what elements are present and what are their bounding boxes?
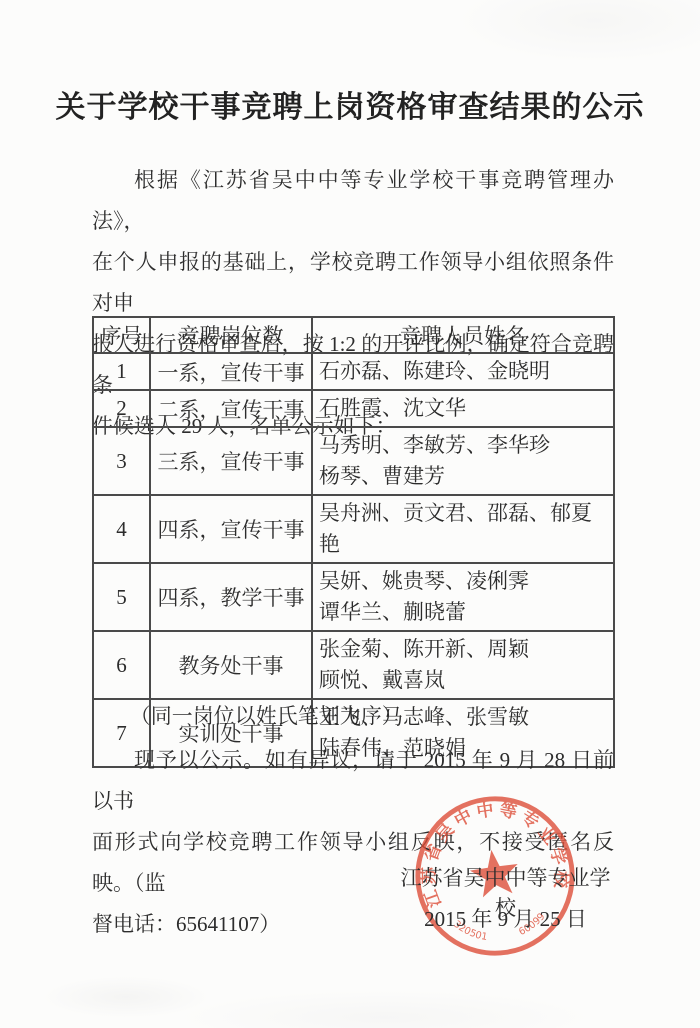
sort-note: （同一岗位以姓氏笔划为序）	[92, 700, 614, 730]
table-row: 1 一系，宣传干事 石亦磊、陈建玲、金晓明	[93, 353, 614, 390]
row-names: 石亦磊、陈建玲、金晓明	[312, 353, 614, 390]
table-row: 5 四系，教学干事 吴妍、姚贵琴、凌俐霁 谭华兰、蒯晓蕾	[93, 563, 614, 631]
row-no: 6	[93, 631, 150, 699]
row-names: 马秀明、李敏芳、李华珍 杨琴、曹建芳	[312, 427, 614, 495]
row-no: 3	[93, 427, 150, 495]
table-row: 4 四系，宣传干事 吴舟洲、贡文君、邵磊、郁夏艳	[93, 495, 614, 563]
signature-date: 2015 年 9 月 25 日	[393, 903, 618, 933]
document-page: 关于学校干事竞聘上岗资格审查结果的公示 根据《江苏省吴中中等专业学校干事竞聘管理…	[0, 0, 700, 1028]
row-no: 2	[93, 390, 150, 427]
header-cell-names: 竞聘人员姓名	[312, 317, 614, 353]
header-cell-post: 竞聘岗位数	[150, 317, 312, 353]
row-no: 1	[93, 353, 150, 390]
row-post: 四系，教学干事	[150, 563, 312, 631]
table-row: 3 三系，宣传干事 马秀明、李敏芳、李华珍 杨琴、曹建芳	[93, 427, 614, 495]
row-no: 4	[93, 495, 150, 563]
row-names: 吴妍、姚贵琴、凌俐霁 谭华兰、蒯晓蕾	[312, 563, 614, 631]
row-names: 张金菊、陈开新、周颖 顾悦、戴喜岚	[312, 631, 614, 699]
table-row: 2 二系，宣传干事 石胜霞、沈文华	[93, 390, 614, 427]
row-post: 四系，宣传干事	[150, 495, 312, 563]
row-post: 二系，宣传干事	[150, 390, 312, 427]
row-no: 5	[93, 563, 150, 631]
row-names: 吴舟洲、贡文君、邵磊、郁夏艳	[312, 495, 614, 563]
table-header-row: 序号 竞聘岗位数 竞聘人员姓名	[93, 317, 614, 353]
row-post: 一系，宣传干事	[150, 353, 312, 390]
page-title: 关于学校干事竞聘上岗资格审查结果的公示	[0, 82, 700, 126]
row-post: 教务处干事	[150, 631, 312, 699]
row-post: 三系，宣传干事	[150, 427, 312, 495]
row-names: 石胜霞、沈文华	[312, 390, 614, 427]
header-cell-no: 序号	[93, 317, 150, 353]
table-row: 6 教务处干事 张金菊、陈开新、周颖 顾悦、戴喜岚	[93, 631, 614, 699]
